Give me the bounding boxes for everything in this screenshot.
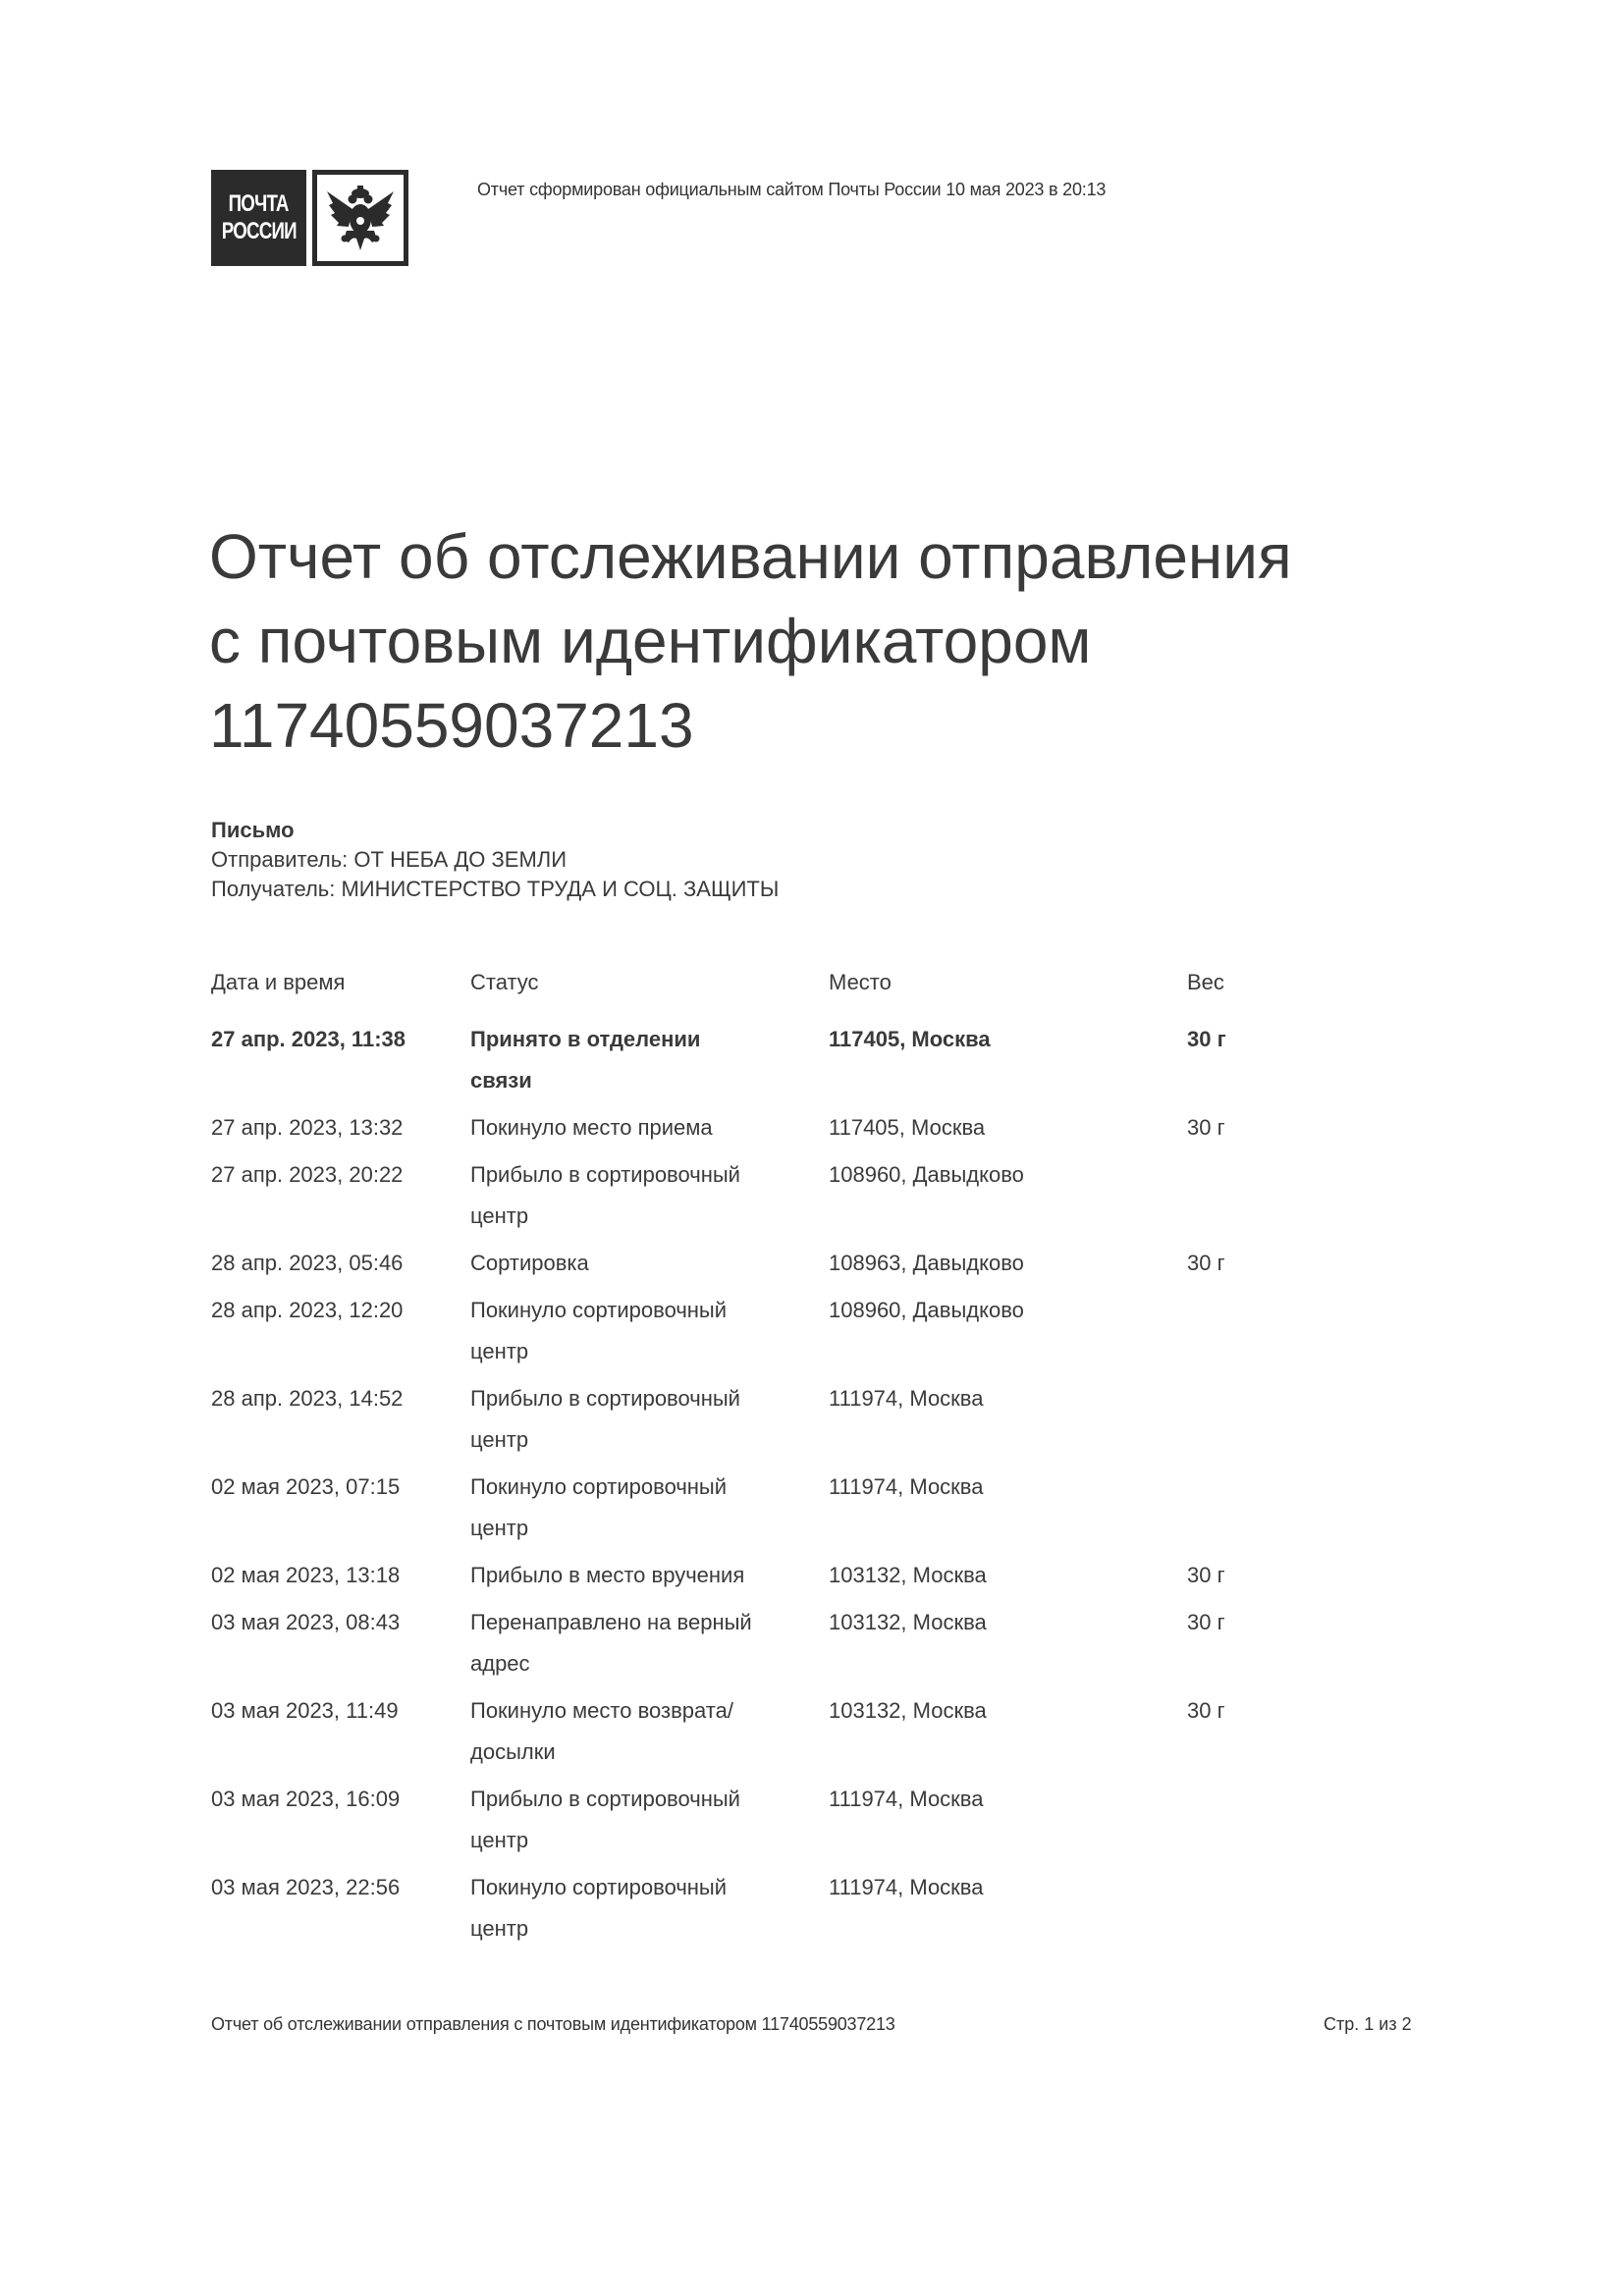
cell-status: Покинуло сортировочныйцентр [470, 1467, 829, 1549]
status-line: Покинуло место приема [470, 1107, 829, 1148]
cell-weight: 30 г [1187, 1555, 1334, 1596]
cell-weight [1187, 1467, 1334, 1549]
cell-weight [1187, 1779, 1334, 1861]
cell-place: 103132, Москва [829, 1555, 1187, 1596]
status-line: центр [470, 1419, 829, 1461]
cell-datetime: 27 апр. 2023, 11:38 [211, 1019, 470, 1101]
cell-weight [1187, 1378, 1334, 1461]
cell-datetime: 02 мая 2023, 07:15 [211, 1467, 470, 1549]
cell-status: Прибыло в место вручения [470, 1555, 829, 1596]
cell-datetime: 03 мая 2023, 08:43 [211, 1602, 470, 1684]
cell-weight: 30 г [1187, 1243, 1334, 1284]
status-line: Прибыло в сортировочный [470, 1154, 829, 1196]
cell-status: Принято в отделениисвязи [470, 1019, 829, 1101]
cell-status: Покинуло место приема [470, 1107, 829, 1148]
title-line-2: с почтовым идентификатором [209, 599, 1486, 683]
table-row: 03 мая 2023, 08:43Перенаправлено на верн… [211, 1602, 1389, 1690]
report-generated-note: Отчет сформирован официальным сайтом Поч… [477, 178, 1106, 201]
table-row: 27 апр. 2023, 11:38Принято в отделениисв… [211, 1019, 1389, 1107]
cell-weight: 30 г [1187, 1107, 1334, 1148]
cell-datetime: 28 апр. 2023, 14:52 [211, 1378, 470, 1461]
cell-weight: 30 г [1187, 1019, 1334, 1101]
shipment-sender: Отправитель: ОТ НЕБА ДО ЗЕМЛИ [211, 845, 779, 875]
shipment-recipient: Получатель: МИНИСТЕРСТВО ТРУДА И СОЦ. ЗА… [211, 875, 779, 904]
status-line: Покинуло сортировочный [470, 1290, 829, 1331]
table-row: 03 мая 2023, 16:09Прибыло в сортировочны… [211, 1779, 1389, 1867]
cell-status: Прибыло в сортировочныйцентр [470, 1779, 829, 1861]
cell-datetime: 27 апр. 2023, 20:22 [211, 1154, 470, 1237]
cell-weight [1187, 1290, 1334, 1372]
cell-status: Покинуло сортировочныйцентр [470, 1290, 829, 1372]
cell-place: 103132, Москва [829, 1602, 1187, 1684]
status-line: центр [470, 1508, 829, 1549]
column-header-datetime: Дата и время [211, 962, 470, 1003]
status-line: Покинуло сортировочный [470, 1467, 829, 1508]
status-line: центр [470, 1908, 829, 1949]
table-row: 27 апр. 2023, 13:32Покинуло место приема… [211, 1107, 1389, 1154]
cell-status: Покинуло сортировочныйцентр [470, 1867, 829, 1949]
cell-place: 108960, Давыдково [829, 1154, 1187, 1237]
table-row: 03 мая 2023, 11:49Покинуло место возврат… [211, 1690, 1389, 1779]
tracking-id: 11740559037213 [209, 683, 1486, 768]
cell-datetime: 02 мая 2023, 13:18 [211, 1555, 470, 1596]
status-line: Покинуло место возврата/ [470, 1690, 829, 1732]
status-line: связи [470, 1060, 829, 1101]
status-line: Перенаправлено на верный [470, 1602, 829, 1643]
logo-emblem-frame [317, 175, 404, 261]
cell-place: 111974, Москва [829, 1867, 1187, 1949]
cell-datetime: 03 мая 2023, 11:49 [211, 1690, 470, 1773]
cell-status: Сортировка [470, 1243, 829, 1284]
status-line: Покинуло сортировочный [470, 1867, 829, 1908]
status-line: адрес [470, 1643, 829, 1684]
cell-datetime: 27 апр. 2023, 13:32 [211, 1107, 470, 1148]
table-row: 28 апр. 2023, 14:52Прибыло в сортировочн… [211, 1378, 1389, 1467]
cell-place: 117405, Москва [829, 1107, 1187, 1148]
table-header: Дата и время Статус Место Вес [211, 962, 1389, 1003]
cell-status: Прибыло в сортировочныйцентр [470, 1154, 829, 1237]
status-line: Прибыло в место вручения [470, 1555, 829, 1596]
cell-weight [1187, 1867, 1334, 1949]
table-row: 02 мая 2023, 07:15Покинуло сортировочный… [211, 1467, 1389, 1555]
column-header-status: Статус [470, 962, 829, 1003]
cell-place: 111974, Москва [829, 1378, 1187, 1461]
cell-place: 103132, Москва [829, 1690, 1187, 1773]
column-header-weight: Вес [1187, 962, 1334, 1003]
status-line: Принято в отделении [470, 1019, 829, 1060]
status-line: Прибыло в сортировочный [470, 1378, 829, 1419]
cell-status: Прибыло в сортировочныйцентр [470, 1378, 829, 1461]
logo-emblem [312, 170, 408, 266]
cell-place: 111974, Москва [829, 1467, 1187, 1549]
cell-place: 111974, Москва [829, 1779, 1187, 1861]
logo-line-1: ПОЧТА [229, 190, 289, 218]
table-row: 28 апр. 2023, 05:46Сортировка108963, Дав… [211, 1243, 1389, 1290]
tracking-table: Дата и время Статус Место Вес 27 апр. 20… [211, 962, 1389, 1955]
status-line: Сортировка [470, 1243, 829, 1284]
cell-weight: 30 г [1187, 1602, 1334, 1684]
cell-place: 108960, Давыдково [829, 1290, 1187, 1372]
logo-line-2: РОССИИ [221, 218, 296, 245]
cell-weight: 30 г [1187, 1690, 1334, 1773]
cell-weight [1187, 1154, 1334, 1237]
column-header-place: Место [829, 962, 1187, 1003]
table-row: 02 мая 2023, 13:18Прибыло в место вручен… [211, 1555, 1389, 1602]
cell-datetime: 03 мая 2023, 22:56 [211, 1867, 470, 1949]
page-title: Отчет об отслеживании отправления с почт… [209, 514, 1486, 768]
status-line: центр [470, 1196, 829, 1237]
shipment-info: Письмо Отправитель: ОТ НЕБА ДО ЗЕМЛИ Пол… [211, 816, 779, 904]
footer-report-title: Отчет об отслеживании отправления с почт… [211, 2012, 895, 2036]
cell-place: 117405, Москва [829, 1019, 1187, 1101]
cell-status: Перенаправлено на верныйадрес [470, 1602, 829, 1684]
cell-datetime: 28 апр. 2023, 12:20 [211, 1290, 470, 1372]
logo-wordmark: ПОЧТА РОССИИ [211, 170, 306, 266]
table-row: 28 апр. 2023, 12:20Покинуло сортировочны… [211, 1290, 1389, 1378]
title-line-1: Отчет об отслеживании отправления [209, 514, 1486, 599]
double-headed-eagle-icon [323, 182, 398, 256]
table-body: 27 апр. 2023, 11:38Принято в отделениисв… [211, 1019, 1389, 1955]
table-row: 27 апр. 2023, 20:22Прибыло в сортировочн… [211, 1154, 1389, 1243]
status-line: досылки [470, 1732, 829, 1773]
cell-datetime: 03 мая 2023, 16:09 [211, 1779, 470, 1861]
table-row: 03 мая 2023, 22:56Покинуло сортировочный… [211, 1867, 1389, 1955]
shipment-type: Письмо [211, 816, 779, 845]
page-number: Стр. 1 из 2 [1324, 2012, 1412, 2036]
status-line: центр [470, 1331, 829, 1372]
cell-status: Покинуло место возврата/досылки [470, 1690, 829, 1773]
cell-datetime: 28 апр. 2023, 05:46 [211, 1243, 470, 1284]
status-line: центр [470, 1820, 829, 1861]
status-line: Прибыло в сортировочный [470, 1779, 829, 1820]
cell-place: 108963, Давыдково [829, 1243, 1187, 1284]
